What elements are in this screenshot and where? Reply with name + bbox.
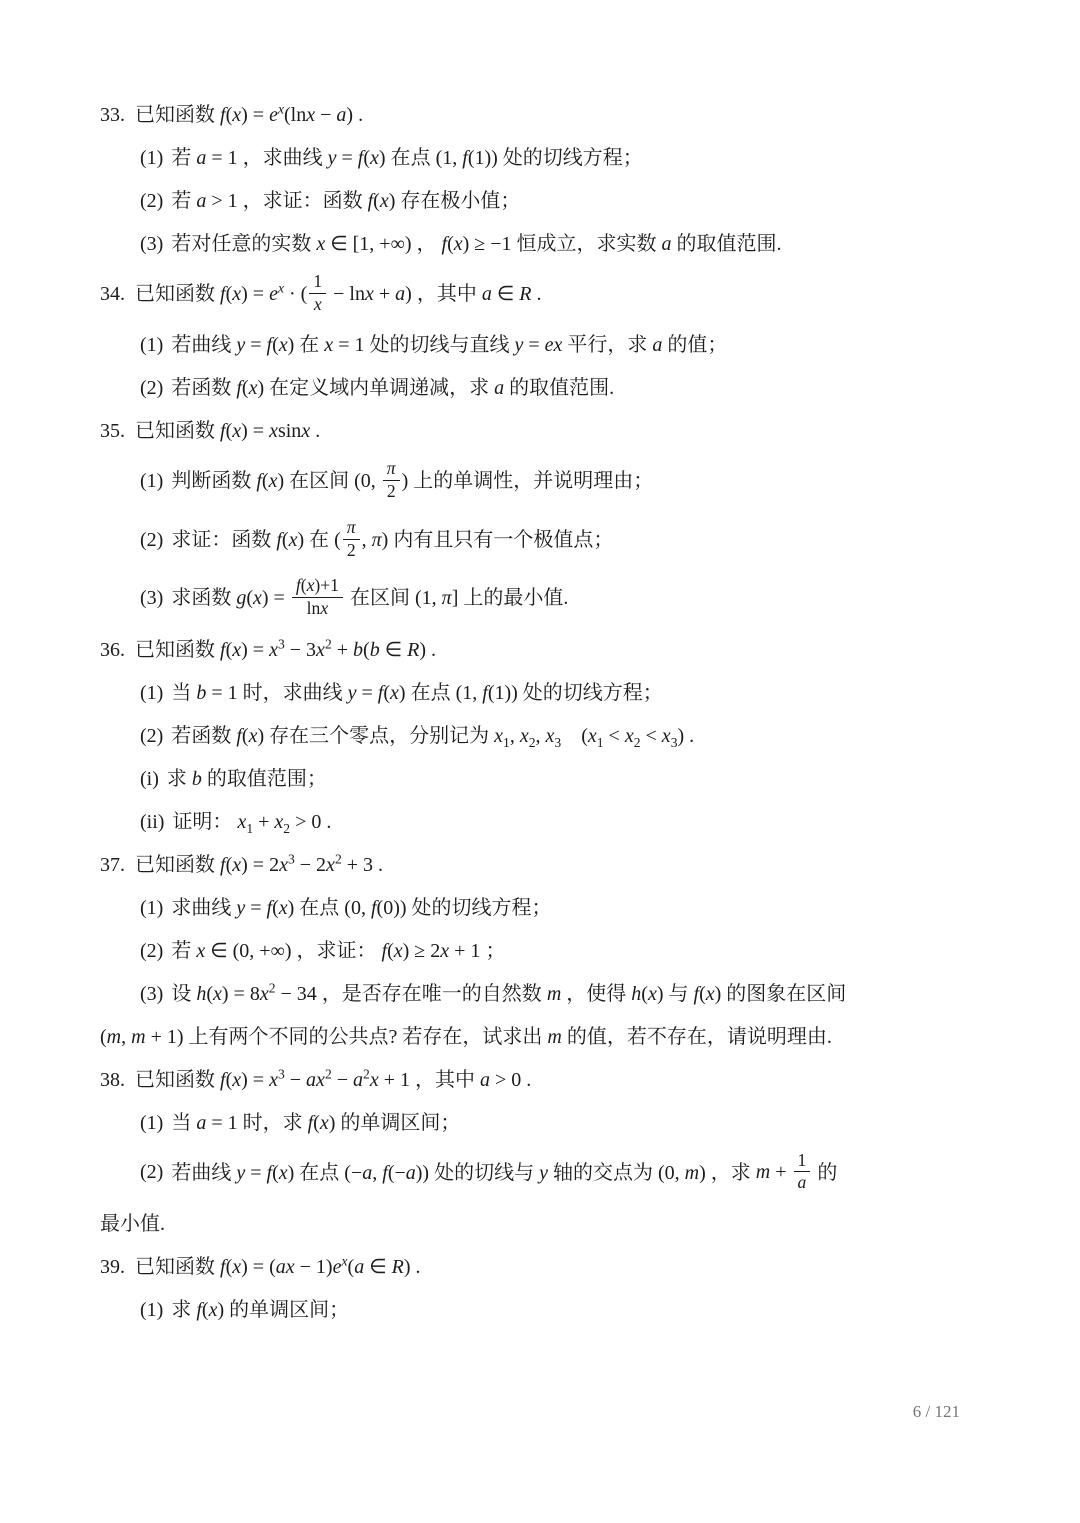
math-expression: (1, π] <box>415 587 458 609</box>
problem-35-part-2: (2)求证：函数 f(x) 在 (π2, π) 内有且只有一个极值点； <box>100 520 980 562</box>
problem-34-part-2: (2)若函数 f(x) 在定义域内单调递减，求 a 的取值范围. <box>100 375 980 402</box>
problem-number: 35. <box>100 420 125 442</box>
text-run: ，其中 <box>412 283 482 305</box>
problem-35-stem-35: 35.已知函数 f(x) = xsinx . <box>100 418 980 445</box>
problem-37-part-1: (1)求曲线 y = f(x) 在点 (0, f(0)) 处的切线方程； <box>100 895 980 922</box>
text-run: 若曲线 <box>171 1161 236 1183</box>
math-expression: m <box>547 1026 561 1048</box>
part-label: (1) <box>140 682 163 704</box>
math-expression: (1, f(1)) <box>436 147 498 169</box>
math-expression: x ∈ (0, +∞) <box>196 940 291 962</box>
text-run: 已知函数 <box>135 104 220 126</box>
part-label: (3) <box>140 587 163 609</box>
math-expression: f(x) <box>256 470 284 492</box>
text-run: ，其中 <box>410 1069 480 1091</box>
part-label: (3) <box>140 233 163 255</box>
math-expression: f(x) = xsinx <box>220 420 310 442</box>
problem-37-part-3: (3)设 h(x) = 8x2 − 34 ，是否存在唯一的自然数 m ，使得 h… <box>100 981 980 1008</box>
text-run: 已知函数 <box>135 1069 220 1091</box>
problem-number: 34. <box>100 283 125 305</box>
text-run: 求证：函数 <box>171 529 276 551</box>
text-run: 轴的交点为 <box>548 1161 658 1183</box>
math-expression: f(x) ≥ 2x + 1 <box>382 940 481 962</box>
problem-36-stem-36: 36.已知函数 f(x) = x3 − 3x2 + b(b ∈ R) . <box>100 637 980 664</box>
text-run: . <box>684 725 694 747</box>
math-expression: f(x) = 2x3 − 2x2 + 3 <box>220 854 373 876</box>
math-expression: (0, π2) <box>354 470 408 492</box>
text-run: 已知函数 <box>135 1256 220 1278</box>
math-expression: x1, x2, x3 <box>494 725 561 747</box>
part-label: (1) <box>140 147 163 169</box>
problem-39-part-1: (1)求 f(x) 的单调区间； <box>100 1297 980 1324</box>
text-run: 已知函数 <box>135 854 220 876</box>
text-run: 判断函数 <box>171 470 256 492</box>
text-run: 在点 <box>386 147 436 169</box>
fraction: 1a <box>794 1151 811 1193</box>
text-run: . <box>426 639 436 661</box>
text-run: 存在极小值； <box>395 190 520 212</box>
problem-number: 36. <box>100 639 125 661</box>
part-label: (ii) <box>140 811 164 833</box>
problem-35-part-3: (3)求函数 g(x) = f(x)+1lnx 在区间 (1, π] 上的最小值… <box>100 578 980 620</box>
problem-38-part-1: (1)当 a = 1 时，求 f(x) 的单调区间； <box>100 1110 980 1137</box>
text-run: 在区间 <box>345 587 415 609</box>
part-label: (i) <box>140 768 159 790</box>
text-run: 的取值范围. <box>672 233 782 255</box>
text-run: . <box>411 1256 421 1278</box>
text-run: 的值； <box>662 334 727 356</box>
math-expression: a ∈ R <box>482 283 532 305</box>
math-expression: f(x) <box>276 529 304 551</box>
text-run: 在区间 <box>284 470 354 492</box>
math-expression: y = f(x) <box>236 334 294 356</box>
fraction: 1x <box>309 272 326 314</box>
math-expression: y = f(x) <box>236 1161 294 1183</box>
math-expression: y = ex <box>514 334 562 356</box>
text-run: 求 <box>167 768 192 790</box>
part-label: (2) <box>140 940 163 962</box>
text-run: 若 <box>171 190 196 212</box>
text-run: 的取值范围. <box>504 377 614 399</box>
text-run: . <box>310 420 320 442</box>
text-run: . <box>521 1069 531 1091</box>
document-page: 33.已知函数 f(x) = ex(lnx − a) .(1)若 a = 1 ，… <box>0 0 1080 1523</box>
math-expression: b <box>192 768 202 790</box>
problem-36-part-ii: (ii)证明： x1 + x2 > 0 . <box>100 809 980 836</box>
part-label: (2) <box>140 1161 163 1183</box>
problem-number: 33. <box>100 104 125 126</box>
math-expression: f(x) <box>694 983 722 1005</box>
math-expression: a = 1 <box>196 147 237 169</box>
text-run: ，求证：函数 <box>238 190 368 212</box>
problem-33-part-3: (3)若对任意的实数 x ∈ [1, +∞) ， f(x) ≥ −1 恒成立，求… <box>100 231 980 258</box>
fraction: f(x)+1lnx <box>292 576 343 618</box>
text-run: 在点 <box>406 682 456 704</box>
part-label: (1) <box>140 1112 163 1134</box>
problem-39-stem-39: 39.已知函数 f(x) = (ax − 1)ex(a ∈ R) . <box>100 1254 980 1281</box>
text-run: 处的切线与直线 <box>364 334 514 356</box>
math-expression: y = f(x) <box>328 147 386 169</box>
problem-36-part-1: (1)当 b = 1 时，求曲线 y = f(x) 在点 (1, f(1)) 处… <box>100 680 980 707</box>
text-run: 处的切线方程； <box>498 147 643 169</box>
problem-37-stem-37: 37.已知函数 f(x) = 2x3 − 2x2 + 3 . <box>100 852 980 879</box>
math-expression: a <box>662 233 672 255</box>
math-expression: f(x) = ex · (1x − lnx + a) <box>220 283 412 305</box>
math-expression: h(x) <box>631 983 663 1005</box>
problem-33-stem-33: 33.已知函数 f(x) = ex(lnx − a) . <box>100 102 980 129</box>
math-expression: y <box>539 1161 548 1183</box>
text-run: 存在三个零点，分别记为 <box>264 725 494 747</box>
math-expression: f(x) <box>236 725 264 747</box>
math-expression: a <box>494 377 504 399</box>
math-expression: y = f(x) <box>236 897 294 919</box>
text-run: 恒成立，求实数 <box>512 233 662 255</box>
text-run: 在 <box>304 529 334 551</box>
math-expression: f(x) = x3 − 3x2 + b(b ∈ R) <box>220 639 426 661</box>
text-run: 上的单调性，并说明理由； <box>408 470 653 492</box>
text-run: 在点 <box>294 1161 344 1183</box>
math-expression: f(x) ≥ −1 <box>442 233 512 255</box>
fraction: π2 <box>343 518 360 560</box>
text-run: . <box>321 811 331 833</box>
math-expression: a > 0 <box>480 1069 521 1091</box>
text-run: 与 <box>664 983 694 1005</box>
math-expression: f(x) <box>308 1112 336 1134</box>
text-run: 的单调区间； <box>335 1112 460 1134</box>
problem-number: 38. <box>100 1069 125 1091</box>
fraction: π2 <box>383 459 400 501</box>
text-run: ，求 <box>706 1161 756 1183</box>
problem-35-part-1: (1)判断函数 f(x) 在区间 (0, π2) 上的单调性，并说明理由； <box>100 461 980 503</box>
text-run: 时，求 <box>238 1112 308 1134</box>
text-run: 内有且只有一个极值点； <box>388 529 613 551</box>
text-run: 处的切线与 <box>429 1161 539 1183</box>
text-run <box>561 725 581 747</box>
part-label: (3) <box>140 983 163 1005</box>
part-label: (2) <box>140 190 163 212</box>
part-label: (1) <box>140 470 163 492</box>
text-run: . <box>353 104 363 126</box>
problem-38-cont: 最小值. <box>100 1211 980 1238</box>
part-label: (2) <box>140 529 163 551</box>
math-expression: f(x) = x3 − ax2 − a2x + 1 <box>220 1069 410 1091</box>
text-run: 上的最小值. <box>458 587 568 609</box>
text-run: 在点 <box>294 897 344 919</box>
problem-36-part-2: (2)若函数 f(x) 存在三个零点，分别记为 x1, x2, x3 (x1 <… <box>100 723 980 750</box>
text-run: 若 <box>171 940 196 962</box>
text-run: 若函数 <box>171 377 236 399</box>
text-run: 若曲线 <box>171 334 236 356</box>
problem-38-part-2: (2)若曲线 y = f(x) 在点 (−a, f(−a)) 处的切线与 y 轴… <box>100 1153 980 1195</box>
text-run: ，使得 <box>561 983 631 1005</box>
problem-number: 39. <box>100 1256 125 1278</box>
text-run: 的取值范围； <box>202 768 327 790</box>
math-expression: m <box>547 983 561 1005</box>
problem-38-stem-38: 38.已知函数 f(x) = x3 − ax2 − a2x + 1 ，其中 a … <box>100 1067 980 1094</box>
part-label: (1) <box>140 1299 163 1321</box>
math-expression: m + 1a <box>756 1161 813 1183</box>
math-expression: f(x) = (ax − 1)ex(a ∈ R) <box>220 1256 411 1278</box>
problem-number: 37. <box>100 854 125 876</box>
problem-33-part-2: (2)若 a > 1 ，求证：函数 f(x) 存在极小值； <box>100 188 980 215</box>
text-run: 若对任意的实数 <box>171 233 316 255</box>
problem-33-part-1: (1)若 a = 1 ，求曲线 y = f(x) 在点 (1, f(1)) 处的… <box>100 145 980 172</box>
text-run: 已知函数 <box>135 420 220 442</box>
math-expression: (π2, π) <box>334 529 388 551</box>
text-run: ， <box>412 233 442 255</box>
part-label: (1) <box>140 334 163 356</box>
math-expression: (m, m + 1) <box>100 1026 184 1048</box>
text-run: 求函数 <box>171 587 236 609</box>
text-run: 平行，求 <box>562 334 652 356</box>
math-expression: (0, m) <box>658 1161 706 1183</box>
math-expression: f(x) <box>236 377 264 399</box>
text-run: ，求曲线 <box>238 147 328 169</box>
problem-34-stem-34: 34.已知函数 f(x) = ex · (1x − lnx + a) ，其中 a… <box>100 274 980 316</box>
text-run: 若函数 <box>171 725 236 747</box>
text-run: . <box>531 283 541 305</box>
part-label: (2) <box>140 377 163 399</box>
math-expression: a = 1 <box>196 1112 237 1134</box>
text-run: 已知函数 <box>135 283 220 305</box>
math-expression: x ∈ [1, +∞) <box>316 233 411 255</box>
math-expression: f(x) <box>196 1299 224 1321</box>
text-run: 在 <box>294 334 324 356</box>
math-expression: x1 + x2 > 0 <box>237 811 321 833</box>
problem-37-part-2: (2)若 x ∈ (0, +∞) ，求证： f(x) ≥ 2x + 1 ； <box>100 938 980 965</box>
text-run: 处的切线方程； <box>407 897 552 919</box>
problems-container: 33.已知函数 f(x) = ex(lnx − a) .(1)若 a = 1 ，… <box>100 102 980 1340</box>
math-expression: f(x) <box>368 190 396 212</box>
text-run: 求 <box>171 1299 196 1321</box>
math-expression: a <box>652 334 662 356</box>
part-label: (1) <box>140 897 163 919</box>
math-expression: (1, f(1)) <box>456 682 518 704</box>
math-expression: a > 1 <box>196 190 237 212</box>
text-run: 时，求曲线 <box>238 682 348 704</box>
page-number-indicator: 6 / 121 <box>913 1402 960 1422</box>
text-run: ，是否存在唯一的自然数 <box>317 983 547 1005</box>
text-run: 求曲线 <box>171 897 236 919</box>
part-label: (2) <box>140 725 163 747</box>
text-run: 的值，若不存在，请说明理由. <box>562 1026 832 1048</box>
text-run: 证明： <box>172 811 237 833</box>
text-run: 处的切线方程； <box>518 682 663 704</box>
text-run: 若 <box>171 147 196 169</box>
math-expression: (−a, f(−a)) <box>344 1161 429 1183</box>
text-run: . <box>373 854 383 876</box>
text-run: 上有两个不同的公共点? 若存在，试求出 <box>184 1026 548 1048</box>
math-expression: h(x) = 8x2 − 34 <box>196 983 316 1005</box>
text-run: 当 <box>171 1112 196 1134</box>
math-expression: x = 1 <box>324 334 364 356</box>
text-run: ； <box>480 940 505 962</box>
text-run: 的单调区间； <box>224 1299 349 1321</box>
math-expression: (0, f(0)) <box>344 897 406 919</box>
math-expression: (x1 < x2 < x3) <box>581 725 684 747</box>
problem-34-part-1: (1)若曲线 y = f(x) 在 x = 1 处的切线与直线 y = ex 平… <box>100 332 980 359</box>
text-run: ，求证： <box>292 940 382 962</box>
text-run: 已知函数 <box>135 639 220 661</box>
text-run: 在定义域内单调递减，求 <box>264 377 494 399</box>
problem-36-part-i: (i)求 b 的取值范围； <box>100 766 980 793</box>
math-expression: f(x) = ex(lnx − a) <box>220 104 353 126</box>
text-run: 的 <box>812 1161 837 1183</box>
text-run: 设 <box>171 983 196 1005</box>
problem-37-cont: (m, m + 1) 上有两个不同的公共点? 若存在，试求出 m 的值，若不存在… <box>100 1024 980 1051</box>
math-expression: b = 1 <box>196 682 237 704</box>
math-expression: y = f(x) <box>348 682 406 704</box>
text-run: 的图象在区间 <box>721 983 846 1005</box>
text-run: 最小值. <box>100 1213 165 1235</box>
text-run: 当 <box>171 682 196 704</box>
math-expression: g(x) = f(x)+1lnx <box>236 587 345 609</box>
